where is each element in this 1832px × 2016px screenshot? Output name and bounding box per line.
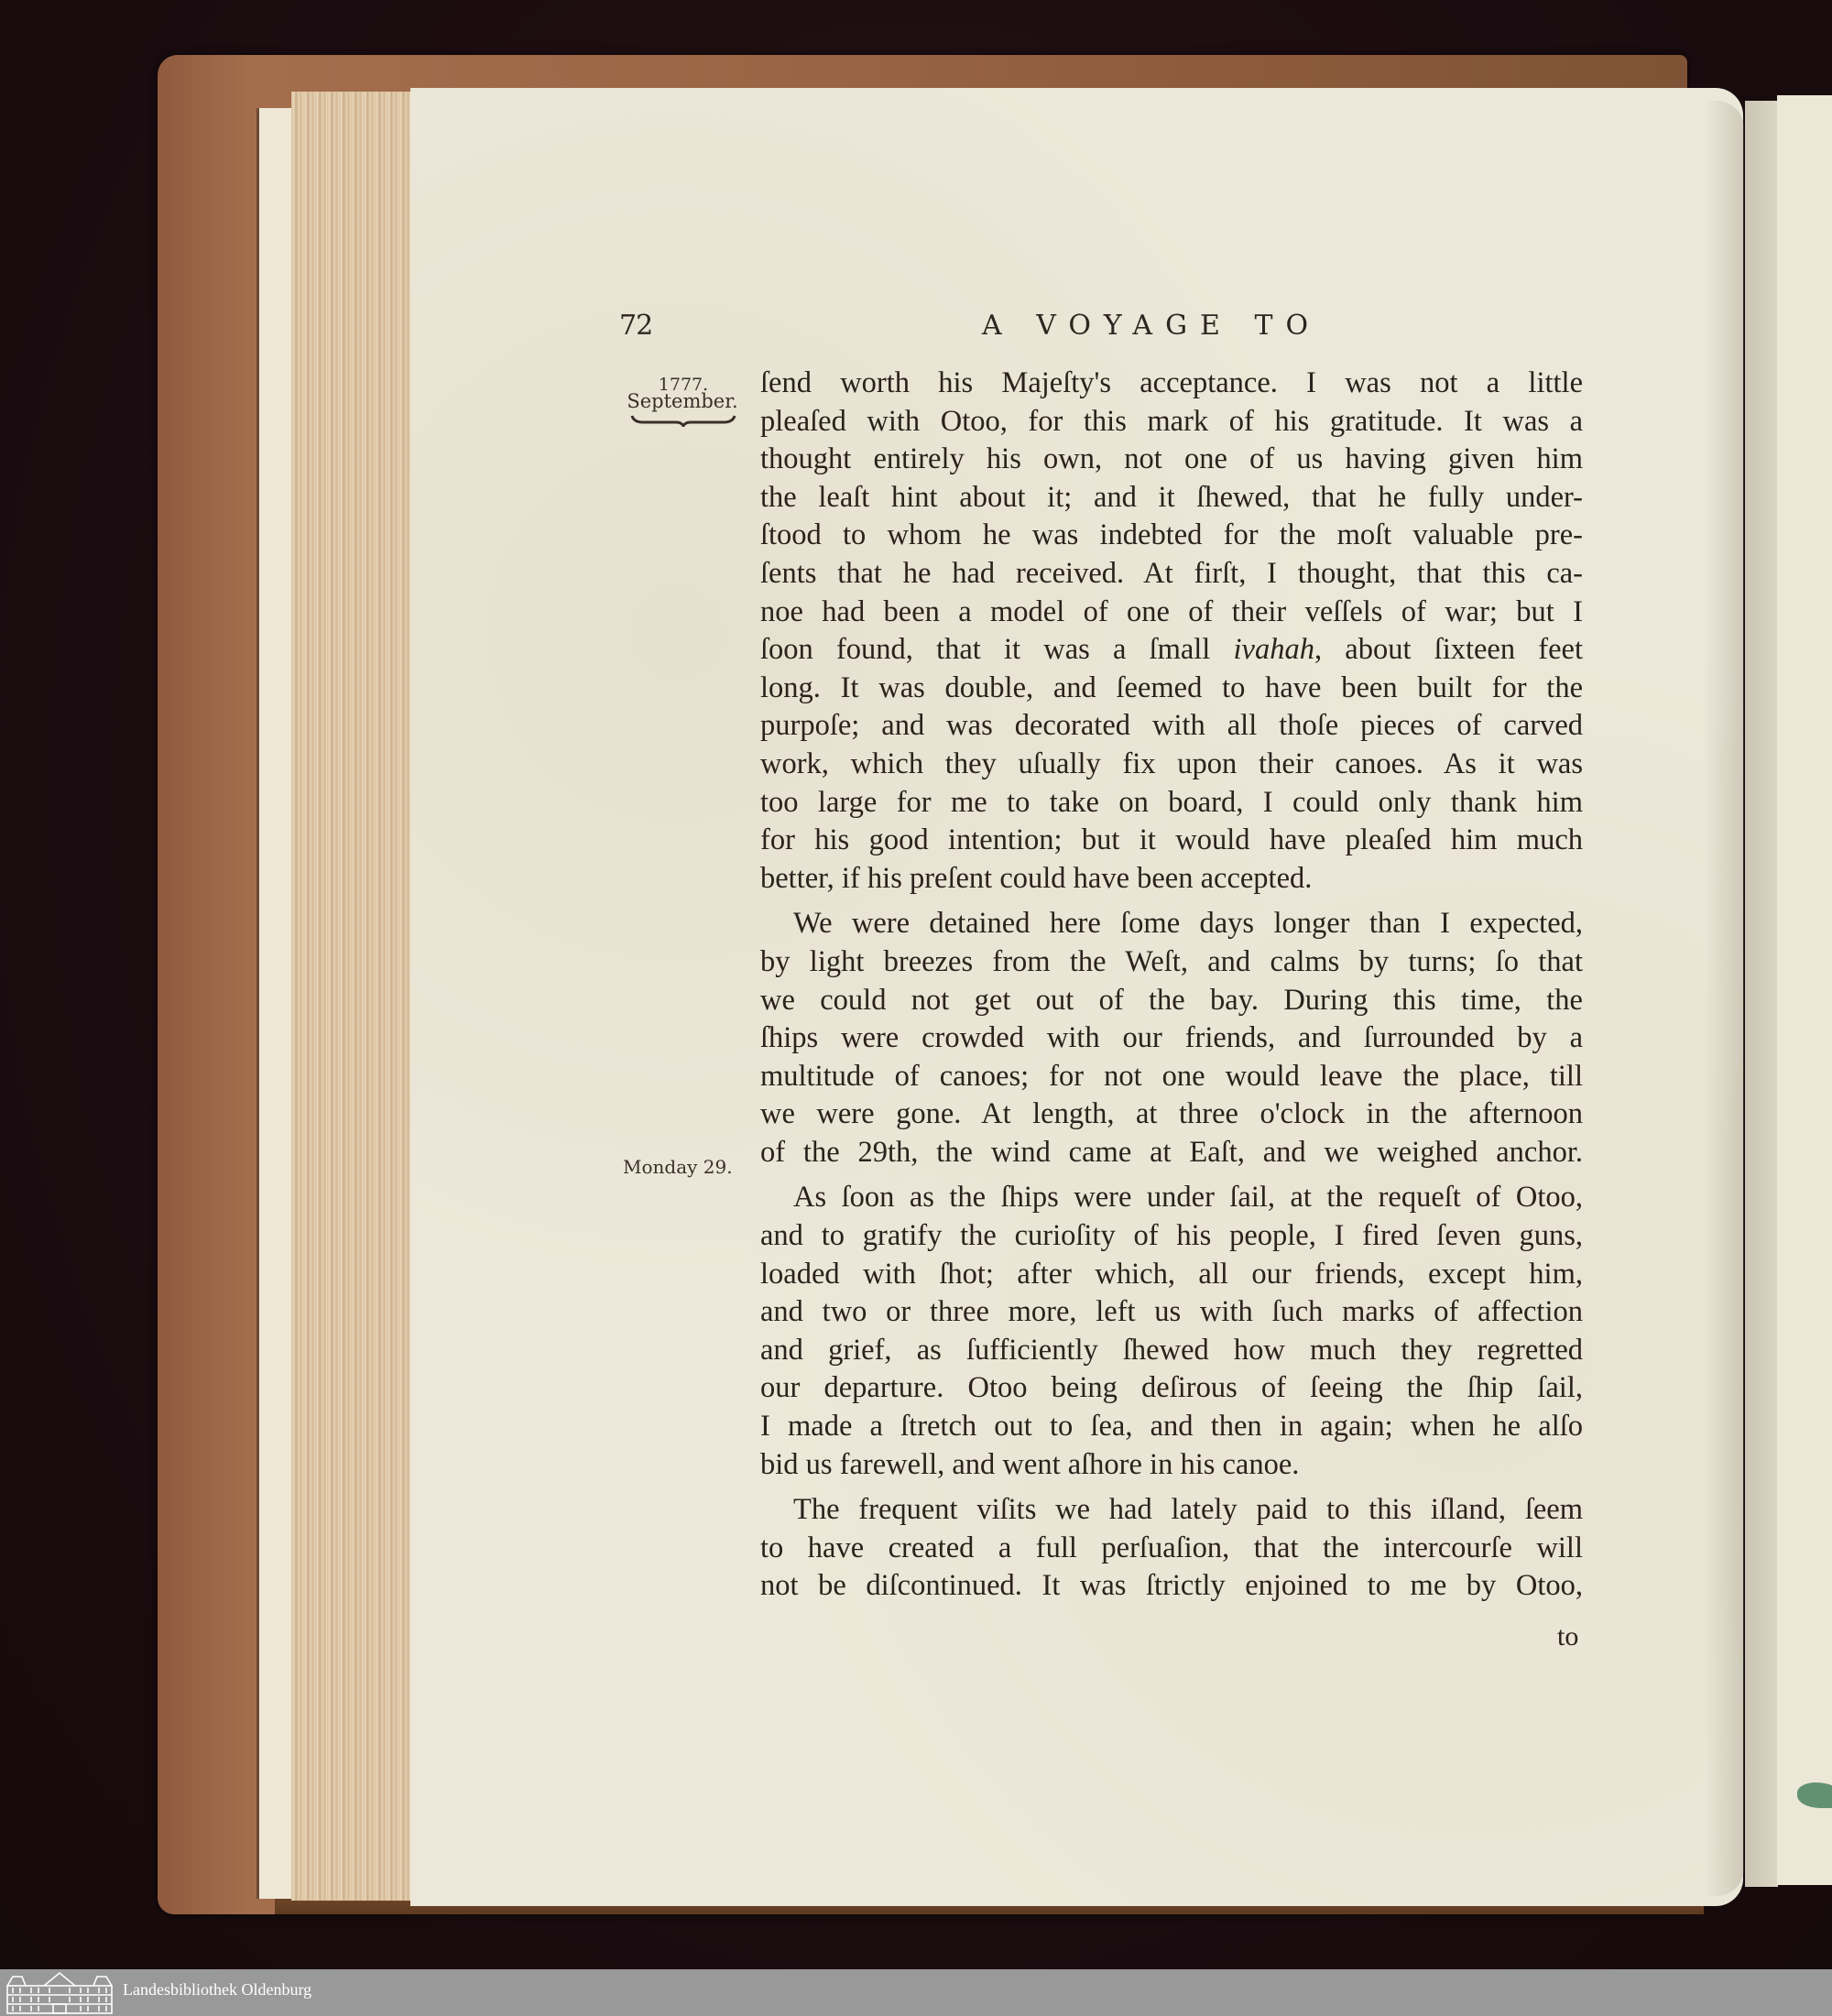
library-name: Landesbibliothek Oldenburg <box>123 1980 311 2000</box>
text-line-with-italic: ſoon found, that it was a ſmall ivahah, … <box>760 631 1583 670</box>
paragraph-2: We were detained here ſome days longer t… <box>760 905 1583 1171</box>
page-block-edges <box>291 92 414 1901</box>
text-line: for his good intention; but it would hav… <box>760 822 1583 860</box>
catchword: to <box>1557 1621 1578 1652</box>
text-line: The frequent viſits we had lately paid t… <box>760 1491 1583 1530</box>
text-line: and to gratify the curioſity of his peop… <box>760 1217 1583 1256</box>
text-line: we were gone. At length, at three o'cloc… <box>760 1095 1583 1134</box>
text-line: the leaſt hint about it; and it ſhewed, … <box>760 479 1583 518</box>
text-line: pleaſed with Otoo, for this mark of his … <box>760 403 1583 441</box>
text-line: ſhips were crowded with our friends, and… <box>760 1019 1583 1058</box>
text-line: and two or three more, left us with ſuch… <box>760 1293 1583 1332</box>
paragraph-1: ſend worth his Majeſty's acceptance. I w… <box>760 365 1583 898</box>
paragraph-3: As ſoon as the ſhips were under ſail, at… <box>760 1179 1583 1484</box>
margin-note-date: Monday 29. <box>623 1158 733 1176</box>
footer-bar: Landesbibliothek Oldenburg <box>0 1969 1832 2016</box>
text-line: bid us farewell, and went aſhore in his … <box>760 1446 1583 1485</box>
text-line: our departure. Otoo being deſirous of ſe… <box>760 1369 1583 1408</box>
text-line: thought entirely his own, not one of us … <box>760 441 1583 479</box>
margin-note-month: September. <box>625 392 740 410</box>
body-text: ſend worth his Majeſty's acceptance. I w… <box>760 365 1583 1613</box>
italic-term: ivahah <box>1234 633 1314 666</box>
curly-brace-icon <box>630 414 736 427</box>
text-line: I made a ſtretch out to ſea, and then in… <box>760 1408 1583 1446</box>
text-line: multitude of canoes; for not one would l… <box>760 1058 1583 1096</box>
running-head: 72 A VOYAGE TO <box>619 310 1590 346</box>
running-title: A VOYAGE TO <box>982 310 1321 342</box>
text-line: ſents that he had received. At firſt, I … <box>760 555 1583 594</box>
text-line: to have created a full perſuaſion, that … <box>760 1530 1583 1568</box>
text-line: noe had been a model of one of their veſ… <box>760 594 1583 632</box>
facing-page-edge <box>1777 95 1832 1885</box>
paragraph-4: The frequent viſits we had lately paid t… <box>760 1491 1583 1606</box>
text-line: loaded with ſhot; after which, all our f… <box>760 1256 1583 1294</box>
text-line: purpoſe; and was decorated with all thoſ… <box>760 707 1583 746</box>
text-line: ſend worth his Majeſty's acceptance. I w… <box>760 365 1583 403</box>
text-line: We were detained here ſome days longer t… <box>760 905 1583 943</box>
gutter-shadow <box>1704 101 1744 1896</box>
page-number: 72 <box>619 310 652 342</box>
text-line: better, if his preſent could have been a… <box>760 860 1583 899</box>
text-line: ſtood to whom he was indebted for the mo… <box>760 517 1583 555</box>
library-building-icon <box>5 1971 114 2015</box>
text-line: work, which they uſually fix upon their … <box>760 746 1583 784</box>
text-line: As ſoon as the ſhips were under ſail, at… <box>760 1179 1583 1217</box>
text-line: we could not get out of the bay. During … <box>760 982 1583 1020</box>
text-line: long. It was double, and ſeemed to have … <box>760 670 1583 708</box>
text-line: of the 29th, the wind came at Eaſt, and … <box>760 1134 1583 1172</box>
text-line: by light breezes from the Weſt, and calm… <box>760 943 1583 982</box>
text-line: not be diſcontinued. It was ſtrictly enj… <box>760 1567 1583 1606</box>
text-line: and grief, as ſufficiently ſhewed how mu… <box>760 1332 1583 1370</box>
gutter-gap <box>1745 101 1778 1887</box>
text-line: too large for me to take on board, I cou… <box>760 784 1583 823</box>
